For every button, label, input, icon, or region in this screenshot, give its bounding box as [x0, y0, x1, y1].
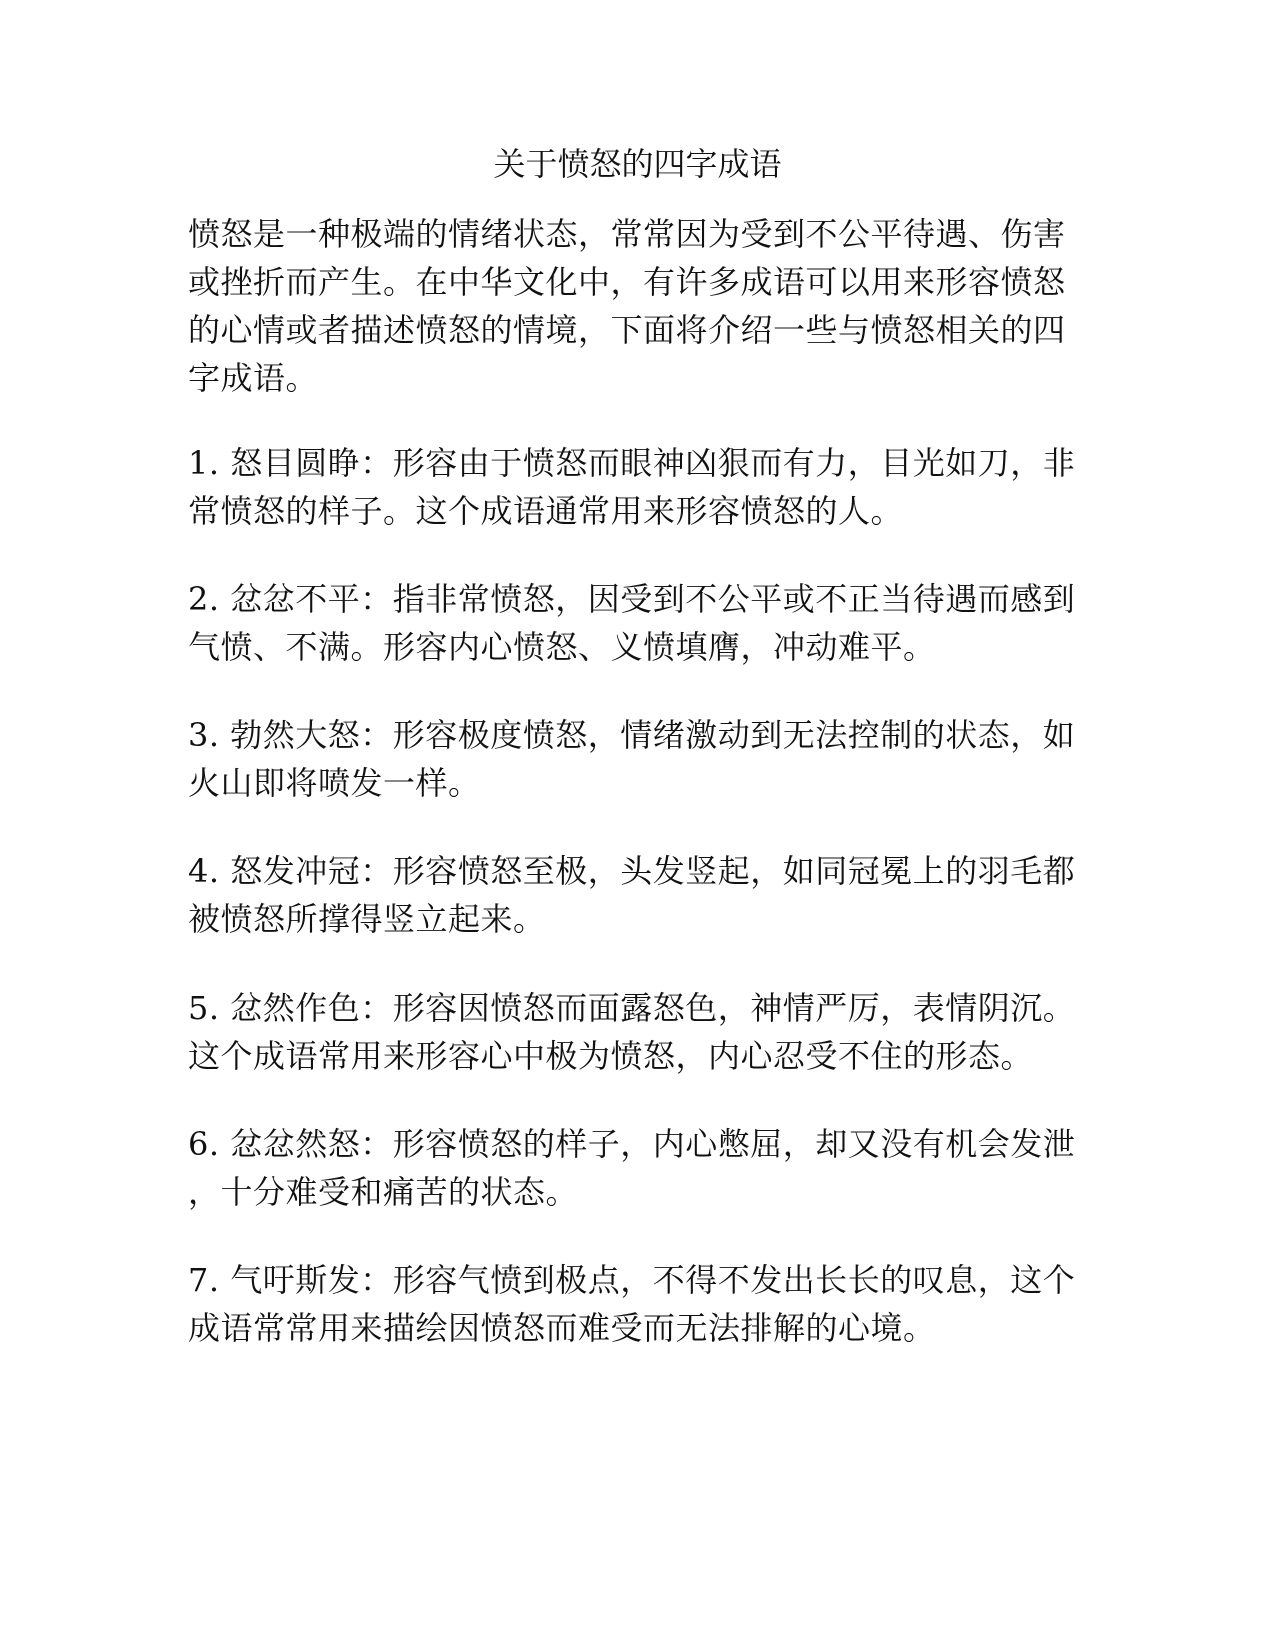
idiom-item-3: 3. 勃然大怒：形容极度愤怒，情绪激动到无法控制的状态，如 火山即将喷发一样。: [188, 711, 1088, 807]
idiom-item-1: 1. 怒目圆睁：形容由于愤怒而眼神凶狠而有力，目光如刀，非 常愤怒的样子。这个成…: [188, 439, 1088, 535]
text-line: 或挫折而产生。在中华文化中，有许多成语可以用来形容愤怒: [188, 258, 1088, 306]
text-line: ，十分难受和痛苦的状态。: [188, 1168, 1088, 1216]
text-line: 火山即将喷发一样。: [188, 759, 1088, 807]
page-title: 关于愤怒的四字成语: [0, 140, 1275, 188]
text-line: 6. 忿忿然怒：形容愤怒的样子，内心憋屈，却又没有机会发泄: [188, 1120, 1088, 1168]
text-line: 被愤怒所撑得竖立起来。: [188, 895, 1088, 943]
idiom-item-2: 2. 忿忿不平：指非常愤怒，因受到不公平或不正当待遇而感到 气愤、不满。形容内心…: [188, 575, 1088, 671]
text-line: 常愤怒的样子。这个成语通常用来形容愤怒的人。: [188, 487, 1088, 535]
idiom-item-4: 4. 怒发冲冠：形容愤怒至极，头发竖起，如同冠冕上的羽毛都 被愤怒所撑得竖立起来…: [188, 847, 1088, 943]
text-line: 5. 忿然作色：形容因愤怒而面露怒色，神情严厉，表情阴沉。: [188, 984, 1088, 1032]
text-line: 7. 气吁斯发：形容气愤到极点，不得不发出长长的叹息，这个: [188, 1256, 1088, 1304]
text-line: 气愤、不满。形容内心愤怒、义愤填膺，冲动难平。: [188, 623, 1088, 671]
text-line: 字成语。: [188, 354, 1088, 402]
text-line: 的心情或者描述愤怒的情境，下面将介绍一些与愤怒相关的四: [188, 306, 1088, 354]
intro-paragraph: 愤怒是一种极端的情绪状态，常常因为受到不公平待遇、伤害 或挫折而产生。在中华文化…: [188, 210, 1088, 402]
text-line: 3. 勃然大怒：形容极度愤怒，情绪激动到无法控制的状态，如: [188, 711, 1088, 759]
idiom-item-6: 6. 忿忿然怒：形容愤怒的样子，内心憋屈，却又没有机会发泄 ，十分难受和痛苦的状…: [188, 1120, 1088, 1216]
text-line: 2. 忿忿不平：指非常愤怒，因受到不公平或不正当待遇而感到: [188, 575, 1088, 623]
idiom-item-7: 7. 气吁斯发：形容气愤到极点，不得不发出长长的叹息，这个 成语常常用来描绘因愤…: [188, 1256, 1088, 1352]
text-line: 愤怒是一种极端的情绪状态，常常因为受到不公平待遇、伤害: [188, 210, 1088, 258]
text-line: 这个成语常用来形容心中极为愤怒，内心忍受不住的形态。: [188, 1032, 1088, 1080]
text-line: 成语常常用来描绘因愤怒而难受而无法排解的心境。: [188, 1304, 1088, 1352]
text-line: 4. 怒发冲冠：形容愤怒至极，头发竖起，如同冠冕上的羽毛都: [188, 847, 1088, 895]
text-line: 1. 怒目圆睁：形容由于愤怒而眼神凶狠而有力，目光如刀，非: [188, 439, 1088, 487]
idiom-item-5: 5. 忿然作色：形容因愤怒而面露怒色，神情严厉，表情阴沉。 这个成语常用来形容心…: [188, 984, 1088, 1080]
